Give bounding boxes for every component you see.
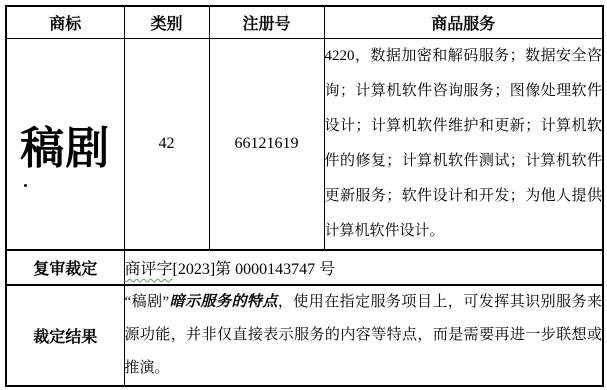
trademark-mark: 稿剧: [20, 124, 110, 173]
ruling-result-row: 裁定结果 “稿剧”暗示服务的特点，使用在指定服务项目上，可发挥其识别服务来源功能…: [6, 285, 603, 386]
ruling-result-value: “稿剧”暗示服务的特点，使用在指定服务项目上，可发挥其识别服务来源功能，并非仅直…: [124, 285, 603, 386]
header-trademark: 商标: [6, 6, 124, 39]
review-ruling-value: 商评字[2023]第 0000143747 号: [124, 250, 603, 285]
review-ruling-row: 复审裁定 商评字[2023]第 0000143747 号: [6, 250, 603, 285]
ruling-result-label: 裁定结果: [6, 285, 124, 386]
ruling-result-emphasis: 暗示服务的特点: [169, 294, 278, 310]
ruling-result-lead: “稿剧”: [125, 294, 170, 310]
table-row: 稿剧 42 66121619 4220，数据加密和解码服务；数据安全咨询；计算机…: [6, 39, 603, 251]
header-category: 类别: [124, 6, 209, 39]
table-header-row: 商标 类别 注册号 商品服务: [6, 6, 603, 39]
trademark-artifact-dot: [24, 184, 27, 187]
trademark-cell: 稿剧: [6, 39, 124, 251]
category-cell: 42: [124, 39, 209, 251]
document-page: 商标 类别 注册号 商品服务 稿剧 42 66121619 4220，数据加密和…: [0, 0, 607, 390]
trademark-review-table: 商标 类别 注册号 商品服务 稿剧 42 66121619 4220，数据加密和…: [5, 5, 604, 387]
registration-no-cell: 66121619: [209, 39, 324, 251]
goods-services-cell: 4220，数据加密和解码服务；数据安全咨询；计算机软件咨询服务；图像处理软件设计…: [324, 39, 603, 251]
header-goods-services: 商品服务: [324, 6, 603, 39]
header-registration-no: 注册号: [209, 6, 324, 39]
review-ruling-label: 复审裁定: [6, 250, 124, 285]
review-doc-no-rest: [2023]第 0000143747 号: [173, 261, 336, 278]
review-doc-no-prefix: 商评字: [125, 261, 173, 278]
